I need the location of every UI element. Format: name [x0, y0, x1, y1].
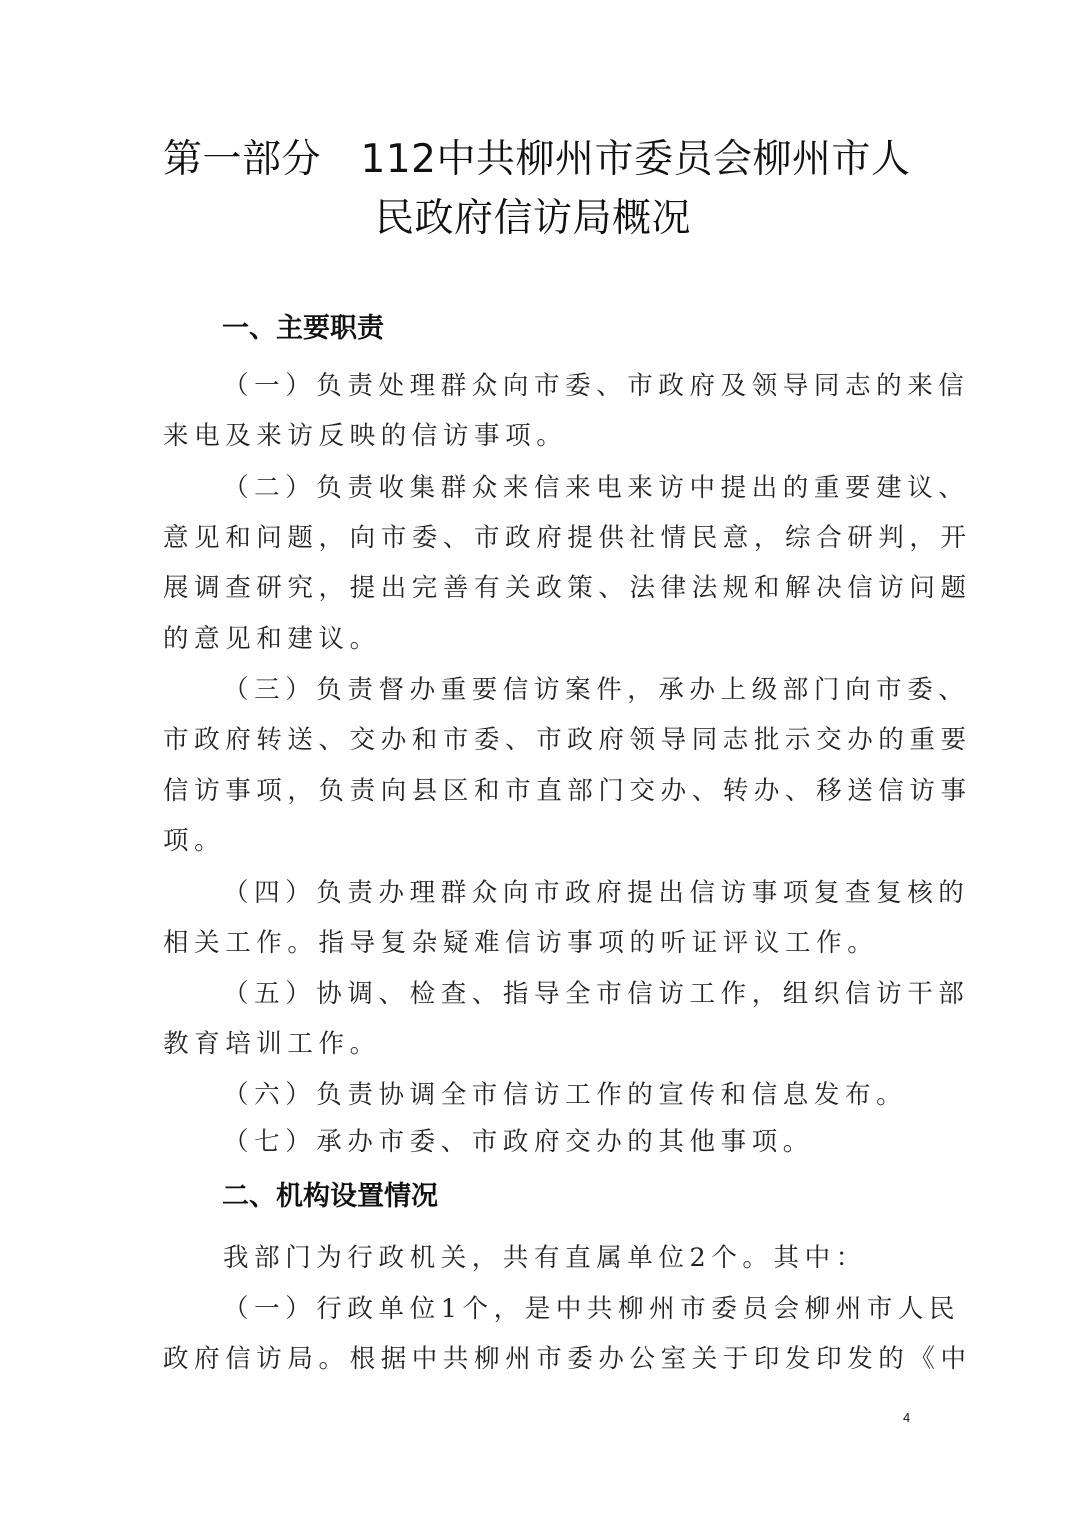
paragraph-line: 我部门为行政机关，共有直属单位2个。其中：: [223, 1238, 867, 1278]
paragraph-line: （一）行政单位1个，是中共柳州市委员会柳州市人民: [223, 1289, 960, 1329]
paragraph-line: （七）承办市委、市政府交办的其他事项。: [223, 1122, 814, 1162]
paragraph-line: （四）负责办理群众向市政府提出信访事项复查复核的: [223, 873, 969, 913]
page-title-line-2: 民政府信访局概况: [375, 190, 1075, 248]
paragraph-line: 信访事项，负责向县区和市直部门交办、转办、移送信访事: [163, 771, 972, 811]
section-heading-main-duties: 一、主要职责: [222, 309, 384, 349]
paragraph-line: 市政府转送、交办和市委、市政府领导同志批示交办的重要: [163, 720, 972, 760]
paragraph-line: 来电及来访反映的信访事项。: [163, 416, 567, 456]
section-heading-organization: 二、机构设置情况: [222, 1177, 438, 1217]
paragraph-line: （二）负责收集群众来信来电来访中提出的重要建议、: [223, 468, 969, 508]
paragraph-line: （五）协调、检查、指导全市信访工作，组织信访干部: [223, 974, 969, 1014]
paragraph-line: 项。: [163, 821, 225, 861]
paragraph-line: 教育培训工作。: [163, 1024, 381, 1064]
page-title-line-1: 第一部分 112中共柳州市委员会柳州市人: [163, 131, 923, 189]
paragraph-line: 相关工作。指导复杂疑难信访事项的听证评议工作。: [163, 923, 878, 963]
paragraph-line: （三）负责督办重要信访案件，承办上级部门向市委、: [223, 670, 969, 710]
paragraph-line: 的意见和建议。: [163, 619, 381, 659]
paragraph-line: 政府信访局。根据中共柳州市委办公室关于印发印发的《中: [163, 1339, 972, 1379]
paragraph-line: 意见和问题，向市委、市政府提供社情民意，综合研判，开: [163, 518, 972, 558]
document-page: 第一部分 112中共柳州市委员会柳州市人 民政府信访局概况 一、主要职责 （一）…: [0, 0, 1075, 1520]
paragraph-line: （一）负责处理群众向市委、市政府及领导同志的来信: [223, 366, 969, 406]
paragraph-line: （六）负责协调全市信访工作的宣传和信息发布。: [223, 1075, 907, 1115]
page-number: 4: [903, 1410, 910, 1425]
paragraph-line: 展调查研究，提出完善有关政策、法律法规和解决信访问题: [163, 568, 972, 608]
